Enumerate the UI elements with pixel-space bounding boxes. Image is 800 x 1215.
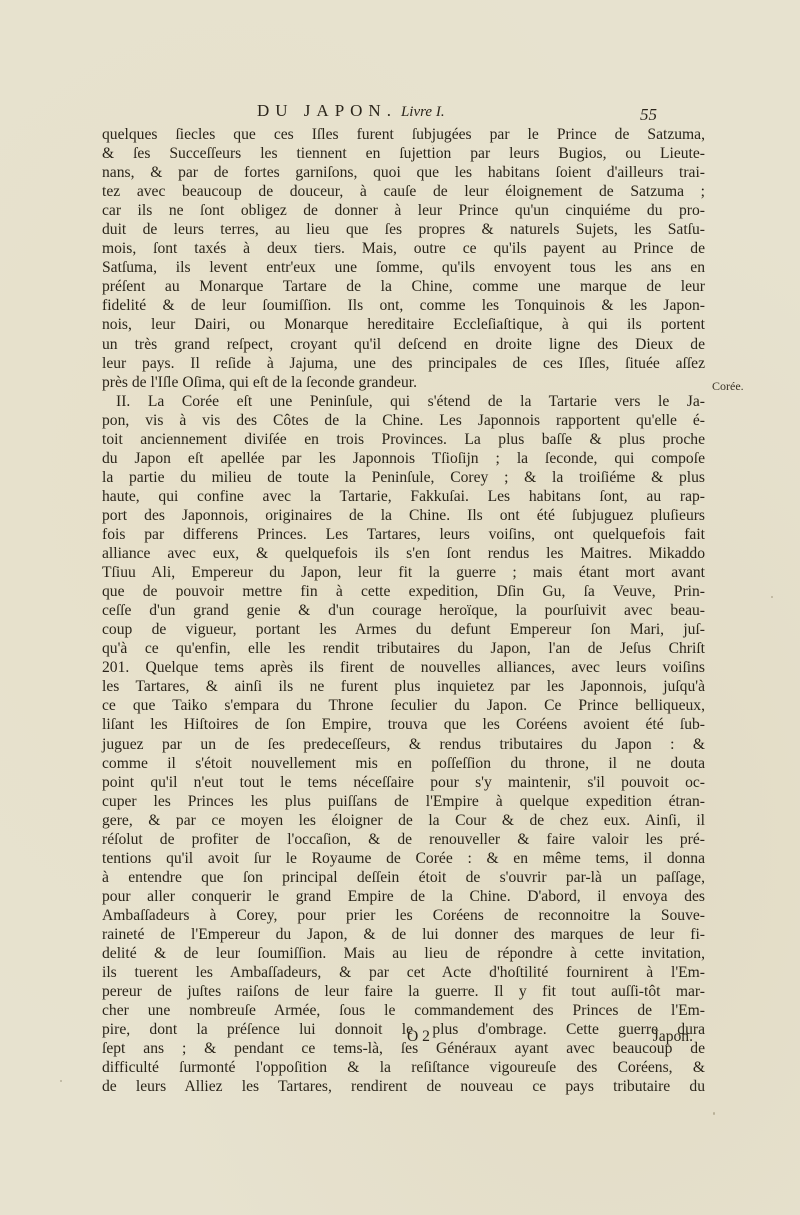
paper-speck bbox=[432, 145, 433, 146]
text-line: tez avec beaucoup de douceur, à cauſe de… bbox=[102, 182, 705, 201]
text-line: liſant les Hiſtoires de ſon Empire, trou… bbox=[102, 715, 705, 734]
text-line: raineté de l'Empereur du Japon, & de lui… bbox=[102, 925, 705, 944]
text-line: difficulté ſurmonté l'oppoſition & la re… bbox=[102, 1058, 705, 1077]
text-line: leur pays. Il reſide à Jajuma, une des p… bbox=[102, 354, 705, 373]
text-line: Tſiuu Ali, Empereur du Japon, leur fit l… bbox=[102, 563, 705, 582]
text-line: & ſes Succeſſeurs les tiennent en ſujett… bbox=[102, 144, 705, 163]
signature-mark: O 2 bbox=[407, 1028, 430, 1046]
text-line: ce que Taiko s'empara du Throne ſeculier… bbox=[102, 696, 705, 715]
text-line: cuper les Princes les plus puiſſans de l… bbox=[102, 792, 705, 811]
text-line: à entendre que ſon principal deſſein éto… bbox=[102, 868, 705, 887]
text-line: pon, vis à vis des Côtes de la Chine. Le… bbox=[102, 411, 705, 430]
text-line: ceſſe d'un grand genie & d'un courage he… bbox=[102, 601, 705, 620]
text-line: fidelité & de leur ſoumiſſion. Ils ont, … bbox=[102, 296, 705, 315]
text-line: ils tuerent les Ambaſſadeurs, & par cet … bbox=[102, 963, 705, 982]
text-line: duit de leurs terres, au lieu que ſes pr… bbox=[102, 220, 705, 239]
catchword: Japon. bbox=[653, 1028, 693, 1046]
text-line: préſent au Monarque Tartare de la Chine,… bbox=[102, 277, 705, 296]
text-line: haute, qui confine avec la Tartarie, Fak… bbox=[102, 487, 705, 506]
text-line: 201. Quelque tems après ils firent de no… bbox=[102, 658, 705, 677]
running-title-text: DU JAPON. bbox=[257, 101, 397, 120]
text-line: tentions qu'il avoit ſur le Royaume de C… bbox=[102, 849, 705, 868]
text-line: port des Japonnois, originaires de la Ch… bbox=[102, 506, 705, 525]
text-line: que de pouvoir mettre fin à cette expedi… bbox=[102, 582, 705, 601]
text-line: toit anciennement diviſée en trois Provi… bbox=[102, 430, 705, 449]
catchline: O 2 Japon. bbox=[102, 1028, 705, 1048]
page-number: 55 bbox=[640, 105, 657, 125]
text-line: point qu'il n'eut tout le tems néceſſair… bbox=[102, 773, 705, 792]
text-line: réſolut de profiter de l'occaſion, & de … bbox=[102, 830, 705, 849]
margin-note: Corée. bbox=[712, 379, 744, 394]
text-line: Ambaſſadeurs à Corey, pour prier les Cor… bbox=[102, 906, 705, 925]
text-line: la partie du milieu de toute la Peninſul… bbox=[102, 468, 705, 487]
paper-speck bbox=[60, 1080, 62, 1082]
text-line: pereur de juſtes raiſons de leur faire l… bbox=[102, 982, 705, 1001]
paragraph-end-line: près de l'Iſle Oſima, qui eſt de la ſeco… bbox=[102, 373, 705, 392]
text-line: mois, ſont taxés à deux tiers. Mais, out… bbox=[102, 239, 705, 258]
text-line: qu'à ce qu'enfin, elle les rendit tribut… bbox=[102, 639, 705, 658]
text-line: Satſuma, ils levent entr'eux une ſomme, … bbox=[102, 258, 705, 277]
text-line: juguez par un de ſes predeceſſeurs, & re… bbox=[102, 735, 705, 754]
paper-speck bbox=[771, 596, 773, 598]
text-line: pour aller conquerir le grand Empire de … bbox=[102, 887, 705, 906]
book-page: DU JAPON.Livre I. 55 quelques ſiecles qu… bbox=[0, 0, 800, 1215]
book-label: Livre I. bbox=[401, 104, 445, 120]
paper-speck bbox=[713, 1112, 715, 1115]
running-head: DU JAPON.Livre I. 55 bbox=[85, 101, 685, 125]
text-line: gere, & par ce moyen les éloigner de la … bbox=[102, 811, 705, 830]
text-line: cher une nombreuſe Armée, ſous le comman… bbox=[102, 1001, 705, 1020]
text-line: alliance avec eux, & quelquefois ils s'e… bbox=[102, 544, 705, 563]
text-line: delité & de leur ſoumiſſion. Mais au lie… bbox=[102, 944, 705, 963]
section-start-line: II. La Corée eſt une Peninſule, qui s'ét… bbox=[102, 392, 705, 411]
text-line: quelques ſiecles que ces Iſles furent ſu… bbox=[102, 125, 705, 144]
text-line: nois, leur Dairi, ou Monarque hereditair… bbox=[102, 315, 705, 334]
text-line: car ils ne ſont obligez de donner à leur… bbox=[102, 201, 705, 220]
body-text: quelques ſiecles que ces Iſles furent ſu… bbox=[102, 125, 705, 1096]
running-title: DU JAPON.Livre I. bbox=[257, 101, 445, 121]
text-line: du Japon eſt apellée par les Japonnois T… bbox=[102, 449, 705, 468]
text-line: comme il s'étoit nouvellement mis en poſ… bbox=[102, 754, 705, 773]
text-line: les Tartares, & ainſi ils ne furent plus… bbox=[102, 677, 705, 696]
text-line: de leurs Alliez les Tartares, rendirent … bbox=[102, 1077, 705, 1096]
text-line: un très grand reſpect, croyant qu'il deſ… bbox=[102, 335, 705, 354]
text-line: coup de vigueur, portant les Armes du de… bbox=[102, 620, 705, 639]
text-line: nans, & par de fortes garniſons, quoi qu… bbox=[102, 163, 705, 182]
text-line: fois par differens Princes. Les Tartares… bbox=[102, 525, 705, 544]
